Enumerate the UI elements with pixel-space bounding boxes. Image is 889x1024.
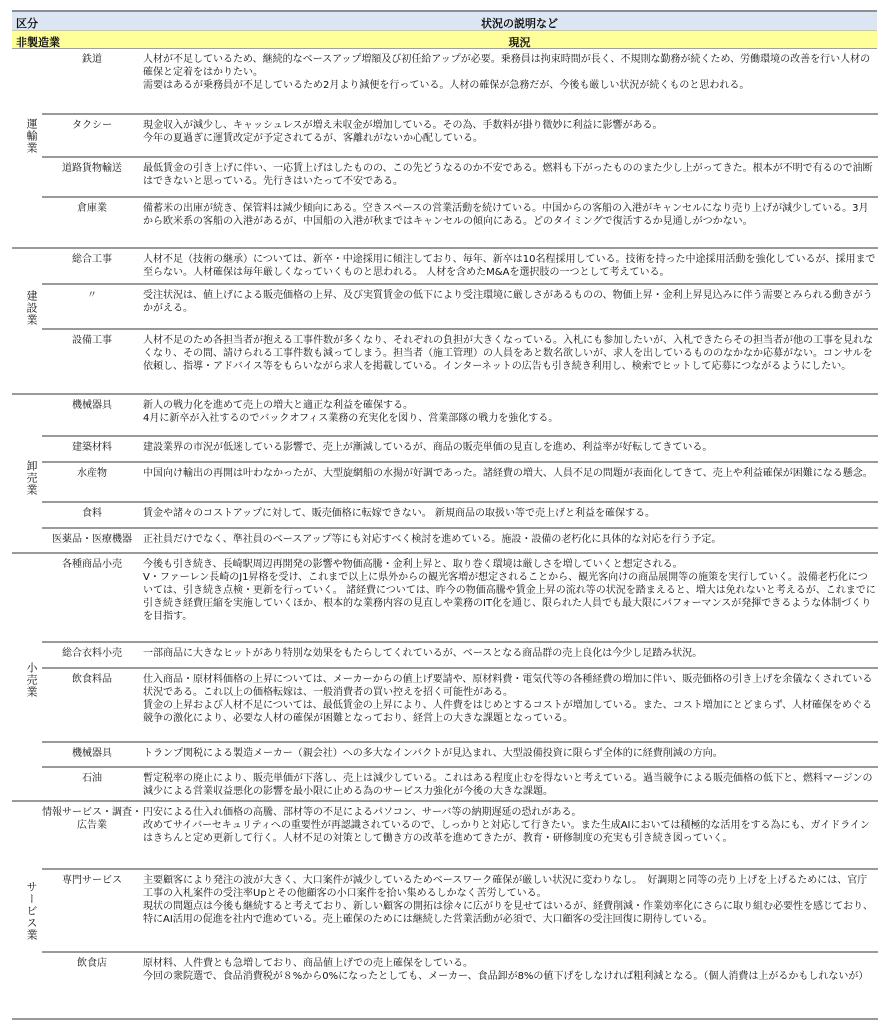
status-description: 新人の戦力化を進めて売上の増大と適正な利益を確保する。 4月に新卒が入社するので… (143, 399, 876, 425)
category-label-services: サービス業 (16, 881, 38, 941)
status-description: 最低賃金の引き上げに伴い、一応賃上げはしたものの、この先どうなるのか不安である。… (143, 162, 876, 188)
subcategory-label: 石油 (42, 772, 142, 785)
status-description: 受注状況は、値上げによる販売価格の上昇、及び実質賃金の低下により受注環境に厳しさ… (143, 289, 876, 315)
row-divider (42, 156, 878, 158)
subcategory-label: 道路貨物輸送 (42, 162, 142, 175)
subcategory-label: 建築材料 (42, 441, 142, 454)
status-description: 一部商品に大きなヒットがあり特別な効果をもたらしてくれているが、ベースとなる商品… (143, 647, 876, 660)
group-divider (12, 247, 878, 249)
status-description: 原材料、人件費とも急増しており、商品値上げでの売上確保をしている。 今回の衆院選… (143, 957, 876, 983)
subcategory-label: 鉄道 (42, 53, 142, 66)
section-label: 非製造業 (16, 34, 60, 50)
row-divider (42, 328, 878, 330)
group-divider (12, 800, 878, 802)
group-divider (12, 393, 878, 395)
subcategory-label: 飲食料品 (42, 673, 142, 686)
status-description: 人材不足（技術の継承）については、新卒・中途採用に傾注しており、毎年、新卒は10… (143, 253, 876, 279)
subcategory-label: 情報サービス・調査・広告業 (40, 806, 144, 832)
status-description: 賃金や諸々のコストアップに対して、販売価格に転嫁できない。 新規商品の取扱い等で… (143, 507, 876, 520)
row-divider (42, 501, 878, 503)
status-description: 円安による仕入れ価格の高騰、部材等の不足によるパソコン、サーバ等の納期遅延の恐れ… (143, 806, 876, 845)
subcategory-label: 医薬品・医療機器 (40, 533, 144, 546)
row-divider (42, 113, 878, 115)
subcategory-label: 食料 (42, 507, 142, 520)
subcategory-label: タクシー (42, 119, 142, 132)
row-divider (42, 741, 878, 743)
status-description: 主要顧客により発注の波が大きく、大口案件が減少しているためベースワーク確保が厳し… (143, 874, 876, 926)
row-divider (42, 766, 878, 768)
subcategory-label: 機械器具 (42, 747, 142, 760)
row-divider (42, 951, 878, 953)
column-header-description: 状況の説明など (162, 15, 877, 31)
status-description: 現金収入が減少し、キャッシュレスが増え未収金が増加している。その為、手数料が掛り… (143, 119, 876, 145)
subcategory-label: 設備工事 (42, 334, 142, 347)
table-header-row: 区分 状況の説明など (12, 10, 877, 30)
subcategory-label: 〃 (42, 289, 142, 302)
category-label-construction: 建設業 (16, 290, 38, 326)
section-column-label: 現況 (162, 34, 877, 50)
section-header-row: 非製造業 現況 (12, 30, 877, 49)
row-divider (42, 283, 878, 285)
status-description: トランプ関税による製造メーカー（親会社）への多大なインパクトが見込まれ、大型設備… (143, 747, 876, 760)
subcategory-label: 機械器具 (42, 399, 142, 412)
row-divider (42, 435, 878, 437)
subcategory-label: 各種商品小売 (42, 558, 142, 571)
row-divider (42, 527, 878, 529)
subcategory-label: 飲食店 (42, 957, 142, 970)
table-bottom-border (12, 1018, 878, 1020)
subcategory-label: 総合工事 (42, 253, 142, 266)
status-description: 暫定税率の廃止により、販売単価が下落し、売上は減少している。これはある程度止むを… (143, 772, 876, 798)
column-header-category: 区分 (16, 15, 38, 31)
row-divider (42, 461, 878, 463)
subcategory-label: 倉庫業 (42, 202, 142, 215)
subcategory-label: 総合衣料小売 (42, 647, 142, 660)
status-description: 建設業界の市況が低迷している影響で、売上が漸減しているが、商品の販売単価の見直し… (143, 441, 876, 454)
category-label-wholesale: 卸売業 (16, 460, 38, 496)
status-description: 正社員だけでなく、準社員のベースアップ等にも対応すべく検討を進めている。施設・設… (143, 533, 876, 546)
status-description: 仕入商品・原材料価格の上昇については、メーカーからの値上げ要請や、原材料費・電気… (143, 673, 876, 725)
status-description: 備蓄米の出庫が続き、保管料は減少傾向にある。空きスペースの営業活動を続けている。… (143, 202, 876, 228)
status-description: 人材が不足しているため、継続的なベースアップ増額及び初任給アップが必要。乗務員は… (143, 53, 876, 92)
row-divider (42, 641, 878, 643)
status-description: 今後も引き続き、長崎駅周辺再開発の影響や物価高騰・金利上昇と、取り巻く環境は厳し… (143, 558, 876, 623)
category-label-retail: 小売業 (16, 662, 38, 698)
group-divider (12, 552, 878, 554)
row-divider (42, 196, 878, 198)
status-description: 人材不足のため各担当者が抱える工事件数が多くなり、それぞれの負担が大きくなってい… (143, 334, 876, 373)
row-divider (42, 868, 878, 870)
row-divider (42, 667, 878, 669)
subcategory-label: 水産物 (42, 467, 142, 480)
subcategory-label: 専門サービス (42, 874, 142, 887)
status-description: 中国向け輸出の再開は叶わなかったが、大型旋網船の水揚が好調であった。諸経費の増大… (143, 467, 876, 480)
category-label-transport: 運輸業 (16, 118, 38, 154)
